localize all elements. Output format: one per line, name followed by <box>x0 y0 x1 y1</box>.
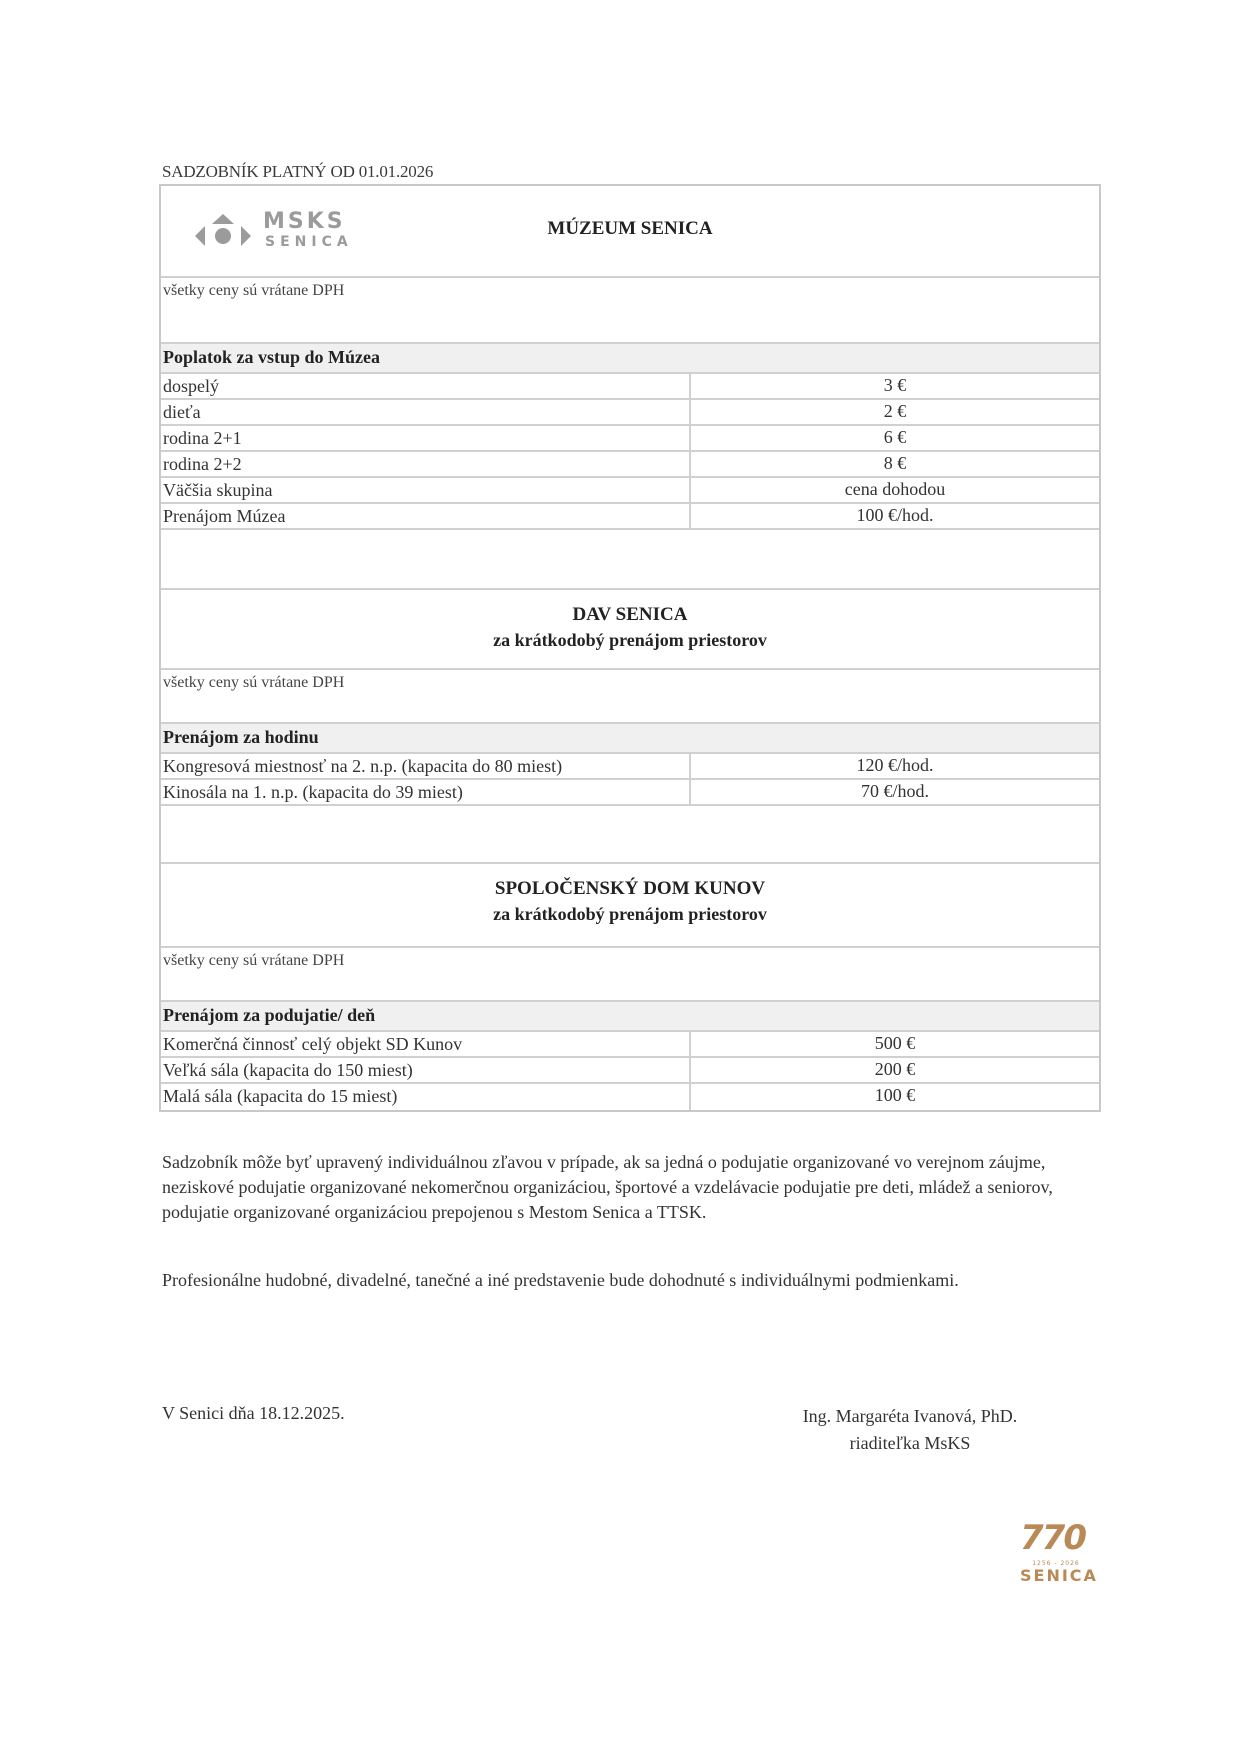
table-row: Prenájom Múzea 100 €/hod. <box>161 504 1099 530</box>
museum-header-row: MSKS SENICA MÚZEUM SENICA <box>161 186 1099 278</box>
item-label: Väčšia skupina <box>161 478 691 502</box>
signer-role: riaditeľka MsKS <box>760 1430 1060 1457</box>
item-label: rodina 2+1 <box>161 426 691 450</box>
item-price: 8 € <box>691 452 1099 476</box>
item-price: 120 €/hod. <box>691 754 1099 778</box>
dav-section-header: Prenájom za hodinu <box>161 724 1099 754</box>
vat-note: všetky ceny sú vrátane DPH <box>163 952 344 970</box>
item-label: Prenájom Múzea <box>161 504 691 528</box>
item-label: Malá sála (kapacita do 15 miest) <box>161 1084 691 1110</box>
jubilee-city: SENICA <box>1020 1566 1098 1585</box>
item-label: Kongresová miestnosť na 2. n.p. (kapacit… <box>161 754 691 778</box>
item-label: Kinosála na 1. n.p. (kapacita do 39 mies… <box>161 780 691 804</box>
table-row: dospelý 3 € <box>161 374 1099 400</box>
museum-section-header: Poplatok za vstup do Múzea <box>161 344 1099 374</box>
item-price: 2 € <box>691 400 1099 424</box>
table-row: Kongresová miestnosť na 2. n.p. (kapacit… <box>161 754 1099 780</box>
dav-subtitle: za krátkodobý prenájom priestorov <box>161 630 1099 651</box>
signer-name: Ing. Margaréta Ivanová, PhD. <box>760 1403 1060 1430</box>
section-title: Poplatok za vstup do Múzea <box>163 347 380 368</box>
item-price: 70 €/hod. <box>691 780 1099 804</box>
price-list-table: MSKS SENICA MÚZEUM SENICA všetky ceny sú… <box>159 184 1101 1112</box>
item-label: dieťa <box>161 400 691 424</box>
dav-title: DAV SENICA <box>161 604 1099 626</box>
museum-vat-note-row: všetky ceny sú vrátane DPH <box>161 278 1099 344</box>
kunov-subtitle: za krátkodobý prenájom priestorov <box>161 904 1099 925</box>
dav-header-row: DAV SENICA za krátkodobý prenájom priest… <box>161 590 1099 670</box>
item-price: 200 € <box>691 1058 1099 1082</box>
item-price: 100 € <box>691 1084 1099 1110</box>
table-row: Veľká sála (kapacita do 150 miest) 200 € <box>161 1058 1099 1084</box>
senica-770-logo-icon: 770 1256 - 2026 SENICA <box>1018 1518 1108 1588</box>
kunov-vat-note-row: všetky ceny sú vrátane DPH <box>161 948 1099 1002</box>
document-title: SADZOBNÍK PLATNÝ OD 01.01.2026 <box>162 162 433 182</box>
item-price: 500 € <box>691 1032 1099 1056</box>
kunov-section-header: Prenájom za podujatie/ deň <box>161 1002 1099 1032</box>
dav-vat-note-row: všetky ceny sú vrátane DPH <box>161 670 1099 724</box>
vat-note: všetky ceny sú vrátane DPH <box>163 282 344 300</box>
table-row: Malá sála (kapacita do 15 miest) 100 € <box>161 1084 1099 1110</box>
vat-note: všetky ceny sú vrátane DPH <box>163 674 344 692</box>
item-price: 6 € <box>691 426 1099 450</box>
spacer-row <box>161 806 1099 864</box>
item-price: cena dohodou <box>691 478 1099 502</box>
item-label: Veľká sála (kapacita do 150 miest) <box>161 1058 691 1082</box>
table-row: rodina 2+1 6 € <box>161 426 1099 452</box>
section-title: Prenájom za podujatie/ deň <box>163 1005 375 1026</box>
spacer-row <box>161 530 1099 590</box>
table-row: Kinosála na 1. n.p. (kapacita do 39 mies… <box>161 780 1099 806</box>
table-row: Komerčná činnosť celý objekt SD Kunov 50… <box>161 1032 1099 1058</box>
signature-block: Ing. Margaréta Ivanová, PhD. riaditeľka … <box>760 1403 1060 1457</box>
item-label: dospelý <box>161 374 691 398</box>
section-title: Prenájom za hodinu <box>163 727 319 748</box>
table-row: Väčšia skupina cena dohodou <box>161 478 1099 504</box>
performance-paragraph: Profesionálne hudobné, divadelné, tanečn… <box>162 1268 1062 1293</box>
discount-paragraph: Sadzobník môže byť upravený individuálno… <box>162 1150 1062 1225</box>
item-label: rodina 2+2 <box>161 452 691 476</box>
kunov-title: SPOLOČENSKÝ DOM KUNOV <box>161 878 1099 900</box>
table-row: dieťa 2 € <box>161 400 1099 426</box>
item-price: 100 €/hod. <box>691 504 1099 528</box>
jubilee-number: 770 <box>1020 1518 1085 1558</box>
kunov-header-row: SPOLOČENSKÝ DOM KUNOV za krátkodobý pren… <box>161 864 1099 948</box>
place-and-date: V Senici dňa 18.12.2025. <box>162 1403 345 1424</box>
item-price: 3 € <box>691 374 1099 398</box>
table-row: rodina 2+2 8 € <box>161 452 1099 478</box>
item-label: Komerčná činnosť celý objekt SD Kunov <box>161 1032 691 1056</box>
museum-title: MÚZEUM SENICA <box>161 218 1099 240</box>
